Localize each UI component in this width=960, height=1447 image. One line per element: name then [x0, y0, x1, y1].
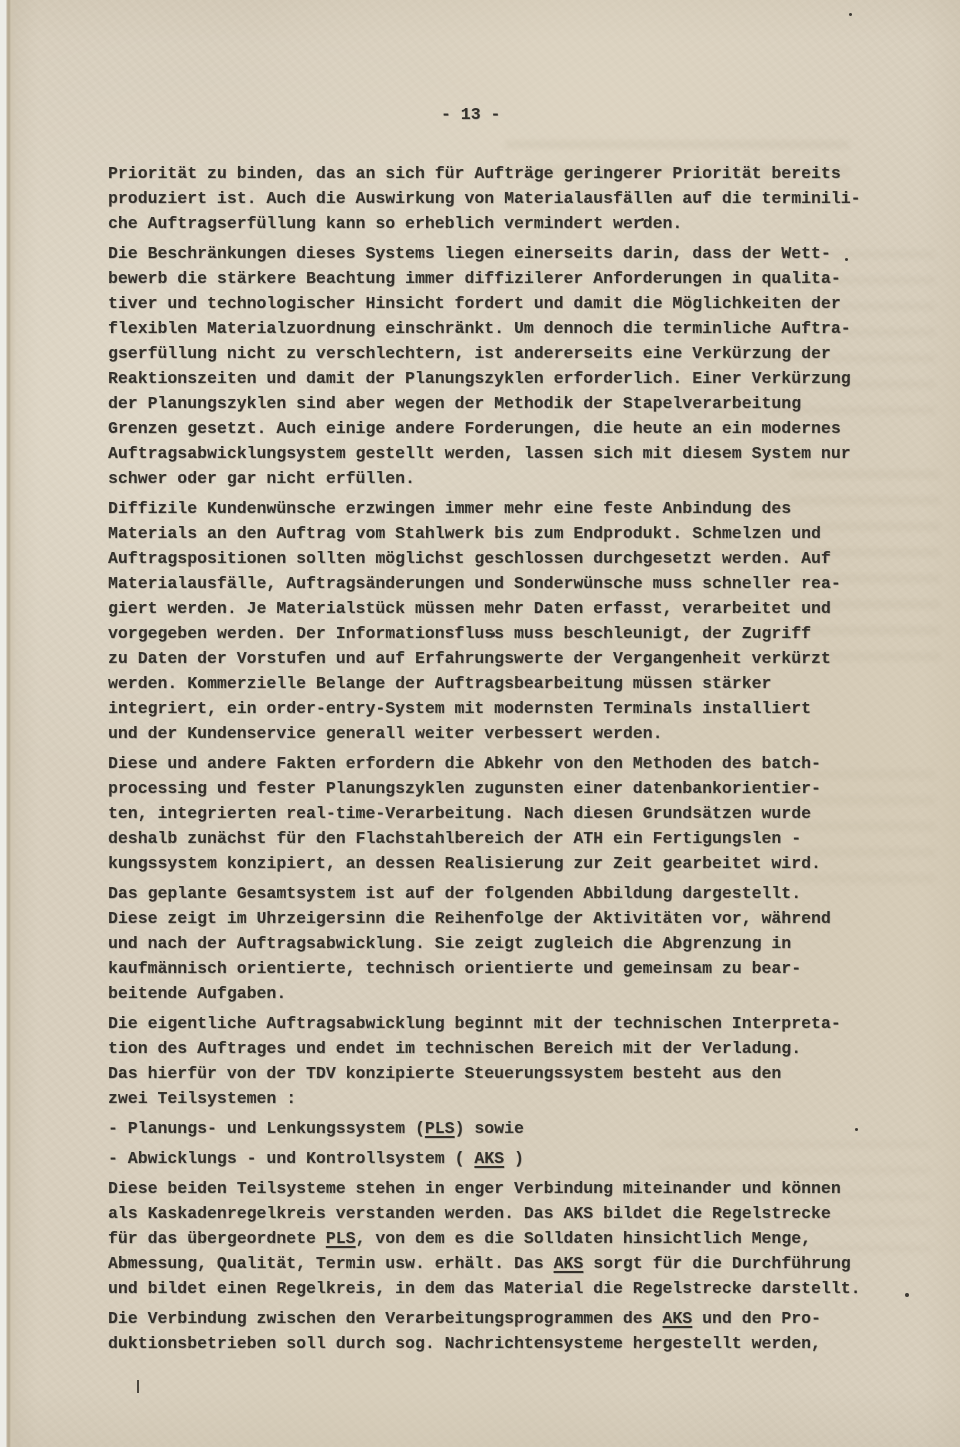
page-number: - 13 - — [441, 102, 960, 127]
text-line: duktionsbetrieben soll durch sog. Nachri… — [108, 1331, 960, 1356]
text-line: giert werden. Je Materialstück müssen me… — [108, 596, 960, 621]
text-line: Auftragsabwicklungsystem gestellt werden… — [108, 441, 960, 466]
document-body: Priorität zu binden, das an sich für Auf… — [108, 161, 960, 1356]
paragraph: Die Beschränkungen dieses Systems liegen… — [108, 241, 960, 491]
text-line: werden. Kommerzielle Belange der Auftrag… — [108, 671, 960, 696]
text-line: zwei Teilsystemen : — [108, 1086, 960, 1111]
text-line: Das hierfür von der TDV konzipierte Steu… — [108, 1061, 960, 1086]
text-line: Materials an den Auftrag vom Stahlwerk b… — [108, 521, 960, 546]
text-line: als Kaskadenregelkreis verstanden werden… — [108, 1201, 960, 1226]
text-line: Priorität zu binden, das an sich für Auf… — [108, 161, 960, 186]
underlined-term: PLS — [326, 1229, 356, 1248]
text-line: Grenzen gesetzt. Auch einige andere Ford… — [108, 416, 960, 441]
text-line: tiver und technologischer Hinsicht forde… — [108, 291, 960, 316]
text-line: und bildet einen Regelkreis, in dem das … — [108, 1276, 960, 1301]
text-line: und nach der Auftragsabwicklung. Sie zei… — [108, 931, 960, 956]
paragraph: Das geplante Gesamtsystem ist auf der fo… — [108, 881, 960, 1006]
text-line: Die eigentliche Auftragsabwicklung begin… — [108, 1011, 960, 1036]
paragraph: Diffizile Kundenwünsche erzwingen immer … — [108, 496, 960, 746]
text-line: ten, integrierten real-time-Verarbeitung… — [108, 801, 960, 826]
text-line: Die Beschränkungen dieses Systems liegen… — [108, 241, 960, 266]
text-line: schwer oder gar nicht erfüllen. — [108, 466, 960, 491]
text-line: Diffizile Kundenwünsche erzwingen immer … — [108, 496, 960, 521]
text-line: Diese beiden Teilsysteme stehen in enger… — [108, 1176, 960, 1201]
text-line: processing und fester Planungszyklen zug… — [108, 776, 960, 801]
text-line: tion des Auftrages und endet im technisc… — [108, 1036, 960, 1061]
text-line: kungssystem konzipiert, an dessen Realis… — [108, 851, 960, 876]
text-line: und der Kundenservice generall weiter ve… — [108, 721, 960, 746]
text-line: Abmessung, Qualität, Termin usw. erhält.… — [108, 1251, 960, 1276]
text-line: deshalb zunächst für den Flachstahlberei… — [108, 826, 960, 851]
text-line: Das geplante Gesamtsystem ist auf der fo… — [108, 881, 960, 906]
text-line: produziert ist. Auch die Auswirkung von … — [108, 186, 960, 211]
text-line: für das übergeordnete PLS, von dem es di… — [108, 1226, 960, 1251]
scan-page: - 13 - Priorität zu binden, das an sich … — [0, 0, 960, 1447]
text-line: integriert, ein order-entry-System mit m… — [108, 696, 960, 721]
text-line: Reaktionszeiten und damit der Planungszy… — [108, 366, 960, 391]
underlined-term: PLS — [425, 1119, 455, 1138]
text-line: vorgegeben werden. Der Informationsfluss… — [108, 621, 960, 646]
text-line: gserfüllung nicht zu verschlechtern, ist… — [108, 341, 960, 366]
text-line: che Auftragserfüllung kann so erheblich … — [108, 211, 960, 236]
paragraph: Die Verbindung zwischen den Verarbeitung… — [108, 1306, 960, 1356]
list-item: - Abwicklungs - und Kontrollsystem ( AKS… — [108, 1146, 960, 1171]
paragraph: Die eigentliche Auftragsabwicklung begin… — [108, 1011, 960, 1111]
text-line: Diese und andere Fakten erfordern die Ab… — [108, 751, 960, 776]
text-line: - Planungs- und Lenkungssystem (PLS) sow… — [108, 1116, 960, 1141]
ink-tick — [137, 1380, 139, 1393]
text-line: Diese zeigt im Uhrzeigersinn die Reihenf… — [108, 906, 960, 931]
text-line: Auftragspositionen sollten möglichst ges… — [108, 546, 960, 571]
underlined-term: AKS — [554, 1254, 584, 1273]
text-line: Die Verbindung zwischen den Verarbeitung… — [108, 1306, 960, 1331]
text-line: Materialausfälle, Auftragsänderungen und… — [108, 571, 960, 596]
text-line: bewerb die stärkere Beachtung immer diff… — [108, 266, 960, 291]
paragraph: Diese und andere Fakten erfordern die Ab… — [108, 751, 960, 876]
paragraph: Diese beiden Teilsysteme stehen in enger… — [108, 1176, 960, 1301]
underlined-term: AKS — [663, 1309, 693, 1328]
text-line: kaufmännisch orientierte, technisch orie… — [108, 956, 960, 981]
document-content: - 13 - Priorität zu binden, das an sich … — [0, 0, 960, 1356]
text-line: zu Daten der Vorstufen und auf Erfahrung… — [108, 646, 960, 671]
text-line: der Planungszyklen sind aber wegen der M… — [108, 391, 960, 416]
text-line: - Abwicklungs - und Kontrollsystem ( AKS… — [108, 1146, 960, 1171]
underlined-term: AKS — [474, 1149, 504, 1168]
paragraph: Priorität zu binden, das an sich für Auf… — [108, 161, 960, 236]
text-line: beitende Aufgaben. — [108, 981, 960, 1006]
text-line: flexiblen Materialzuordnung einschränkt.… — [108, 316, 960, 341]
list-item: - Planungs- und Lenkungssystem (PLS) sow… — [108, 1116, 960, 1141]
